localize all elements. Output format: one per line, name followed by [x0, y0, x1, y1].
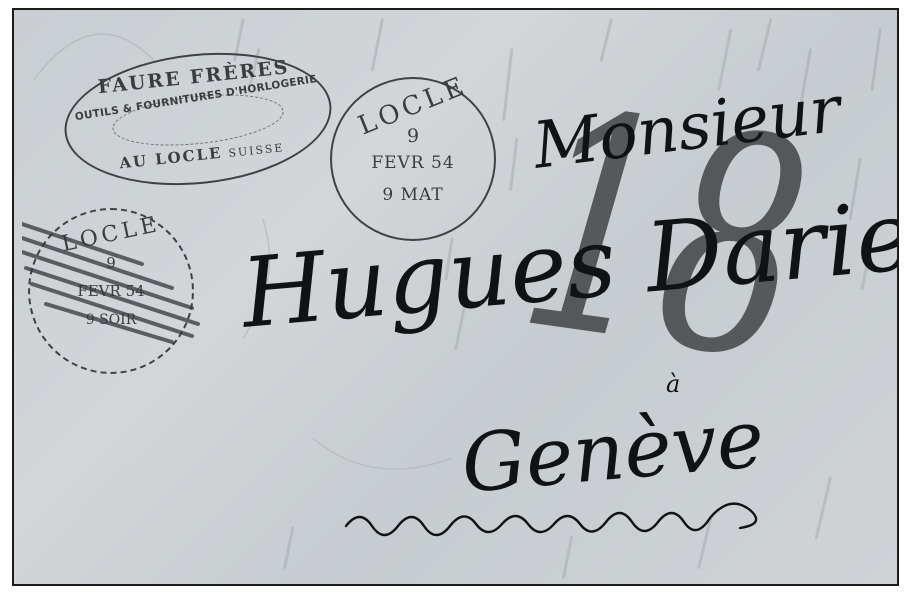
datestamp: LOCLE 9 FEVR 54 9 MAT	[330, 77, 496, 241]
datestamp-month-year: FEVR 54	[330, 153, 496, 173]
cancellation-bars	[22, 214, 202, 344]
address-preposition: à	[666, 370, 680, 398]
cover-frame: 18 FAURE FRÈRES OUTILS & FOURNITURES D'H…	[12, 8, 899, 586]
merchant-cachet: FAURE FRÈRES OUTILS & FOURNITURES D'HORL…	[58, 40, 338, 197]
cancelled-datestamp: LOCLE 9 FEVR 54 9 SOIR	[28, 208, 194, 374]
datestamp-time: 9 MAT	[330, 185, 496, 205]
underline-flourish	[344, 486, 814, 556]
datestamp-day: 9	[330, 125, 496, 147]
